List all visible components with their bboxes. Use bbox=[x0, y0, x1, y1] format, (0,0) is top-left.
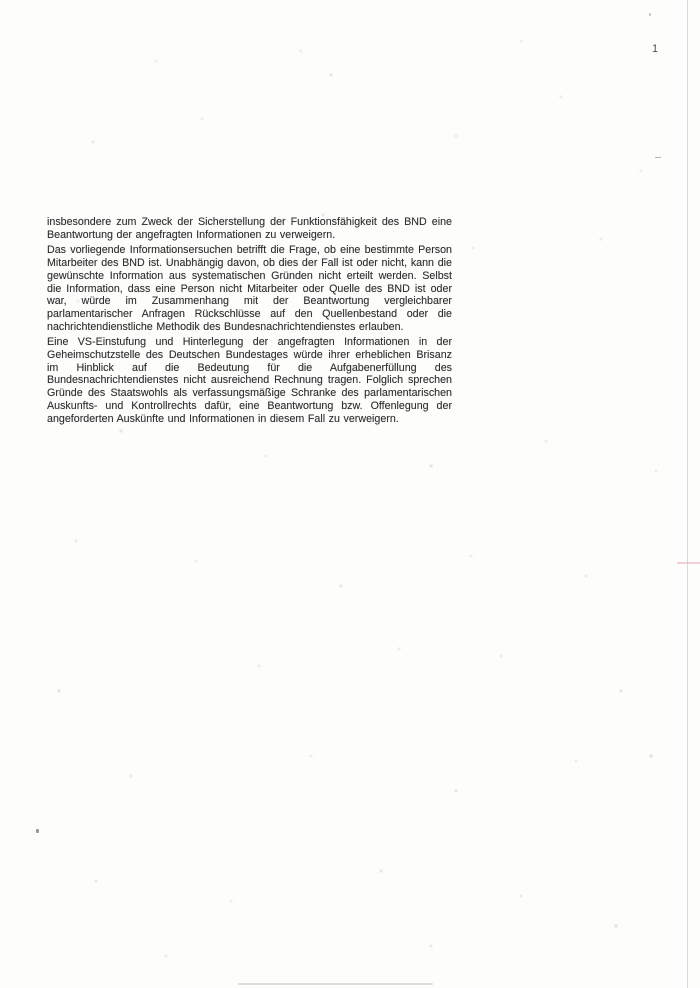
paper-edge-ruled-line bbox=[687, 0, 688, 988]
scan-noise-speckles bbox=[0, 0, 2, 2]
scan-dash-artifact bbox=[655, 157, 661, 158]
handwritten-page-mark: 1 bbox=[652, 44, 659, 55]
document-body-text: insbesondere zum Zweck der Sicherstellun… bbox=[47, 216, 452, 428]
scanned-document-page: 1 insbesondere zum Zweck der Sicherstell… bbox=[0, 0, 700, 988]
paragraph-informationsersuchen: Das vorliegende Informationsersuchen bet… bbox=[47, 244, 452, 333]
scan-speck-artifact bbox=[36, 829, 39, 833]
pink-ruled-tick bbox=[677, 562, 700, 564]
paragraph-vs-einstufung: Eine VS-Einstufung und Hinterlegung der … bbox=[47, 336, 452, 425]
scan-edge-shadow-line bbox=[238, 983, 433, 985]
paragraph-funktionsfaehigkeit: insbesondere zum Zweck der Sicherstellun… bbox=[47, 216, 452, 241]
scan-speck-artifact bbox=[649, 13, 651, 16]
